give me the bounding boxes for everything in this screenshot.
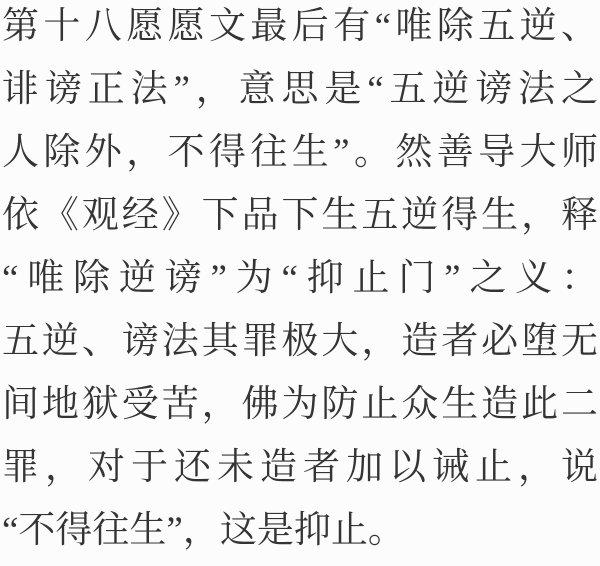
text-line-3: 人除外，不得往生”。然善导大师	[2, 121, 598, 184]
text-line-2: 诽谤正法”，意思是“五逆谤法之	[2, 58, 598, 121]
text-line-9: “不得往生”，这是抑止。	[2, 499, 598, 562]
text-page: 第十八愿愿文最后有“唯除五逆、 诽谤正法”，意思是“五逆谤法之 人除外，不得往生…	[0, 0, 600, 562]
text-line-4: 依《观经》下品下生五逆得生，释	[2, 184, 598, 247]
text-line-5: “唯除逆谤”为“抑止门”之义：	[2, 247, 598, 310]
text-line-1: 第十八愿愿文最后有“唯除五逆、	[2, 0, 598, 58]
text-line-6: 五逆、谤法其罪极大，造者必堕无	[2, 310, 598, 373]
text-line-8: 罪，对于还未造者加以诫止，说	[2, 436, 598, 499]
page-background: { "page": { "background_color": "#fcfcfc…	[0, 0, 600, 566]
text-line-7: 间地狱受苦，佛为防止众生造此二	[2, 373, 598, 436]
